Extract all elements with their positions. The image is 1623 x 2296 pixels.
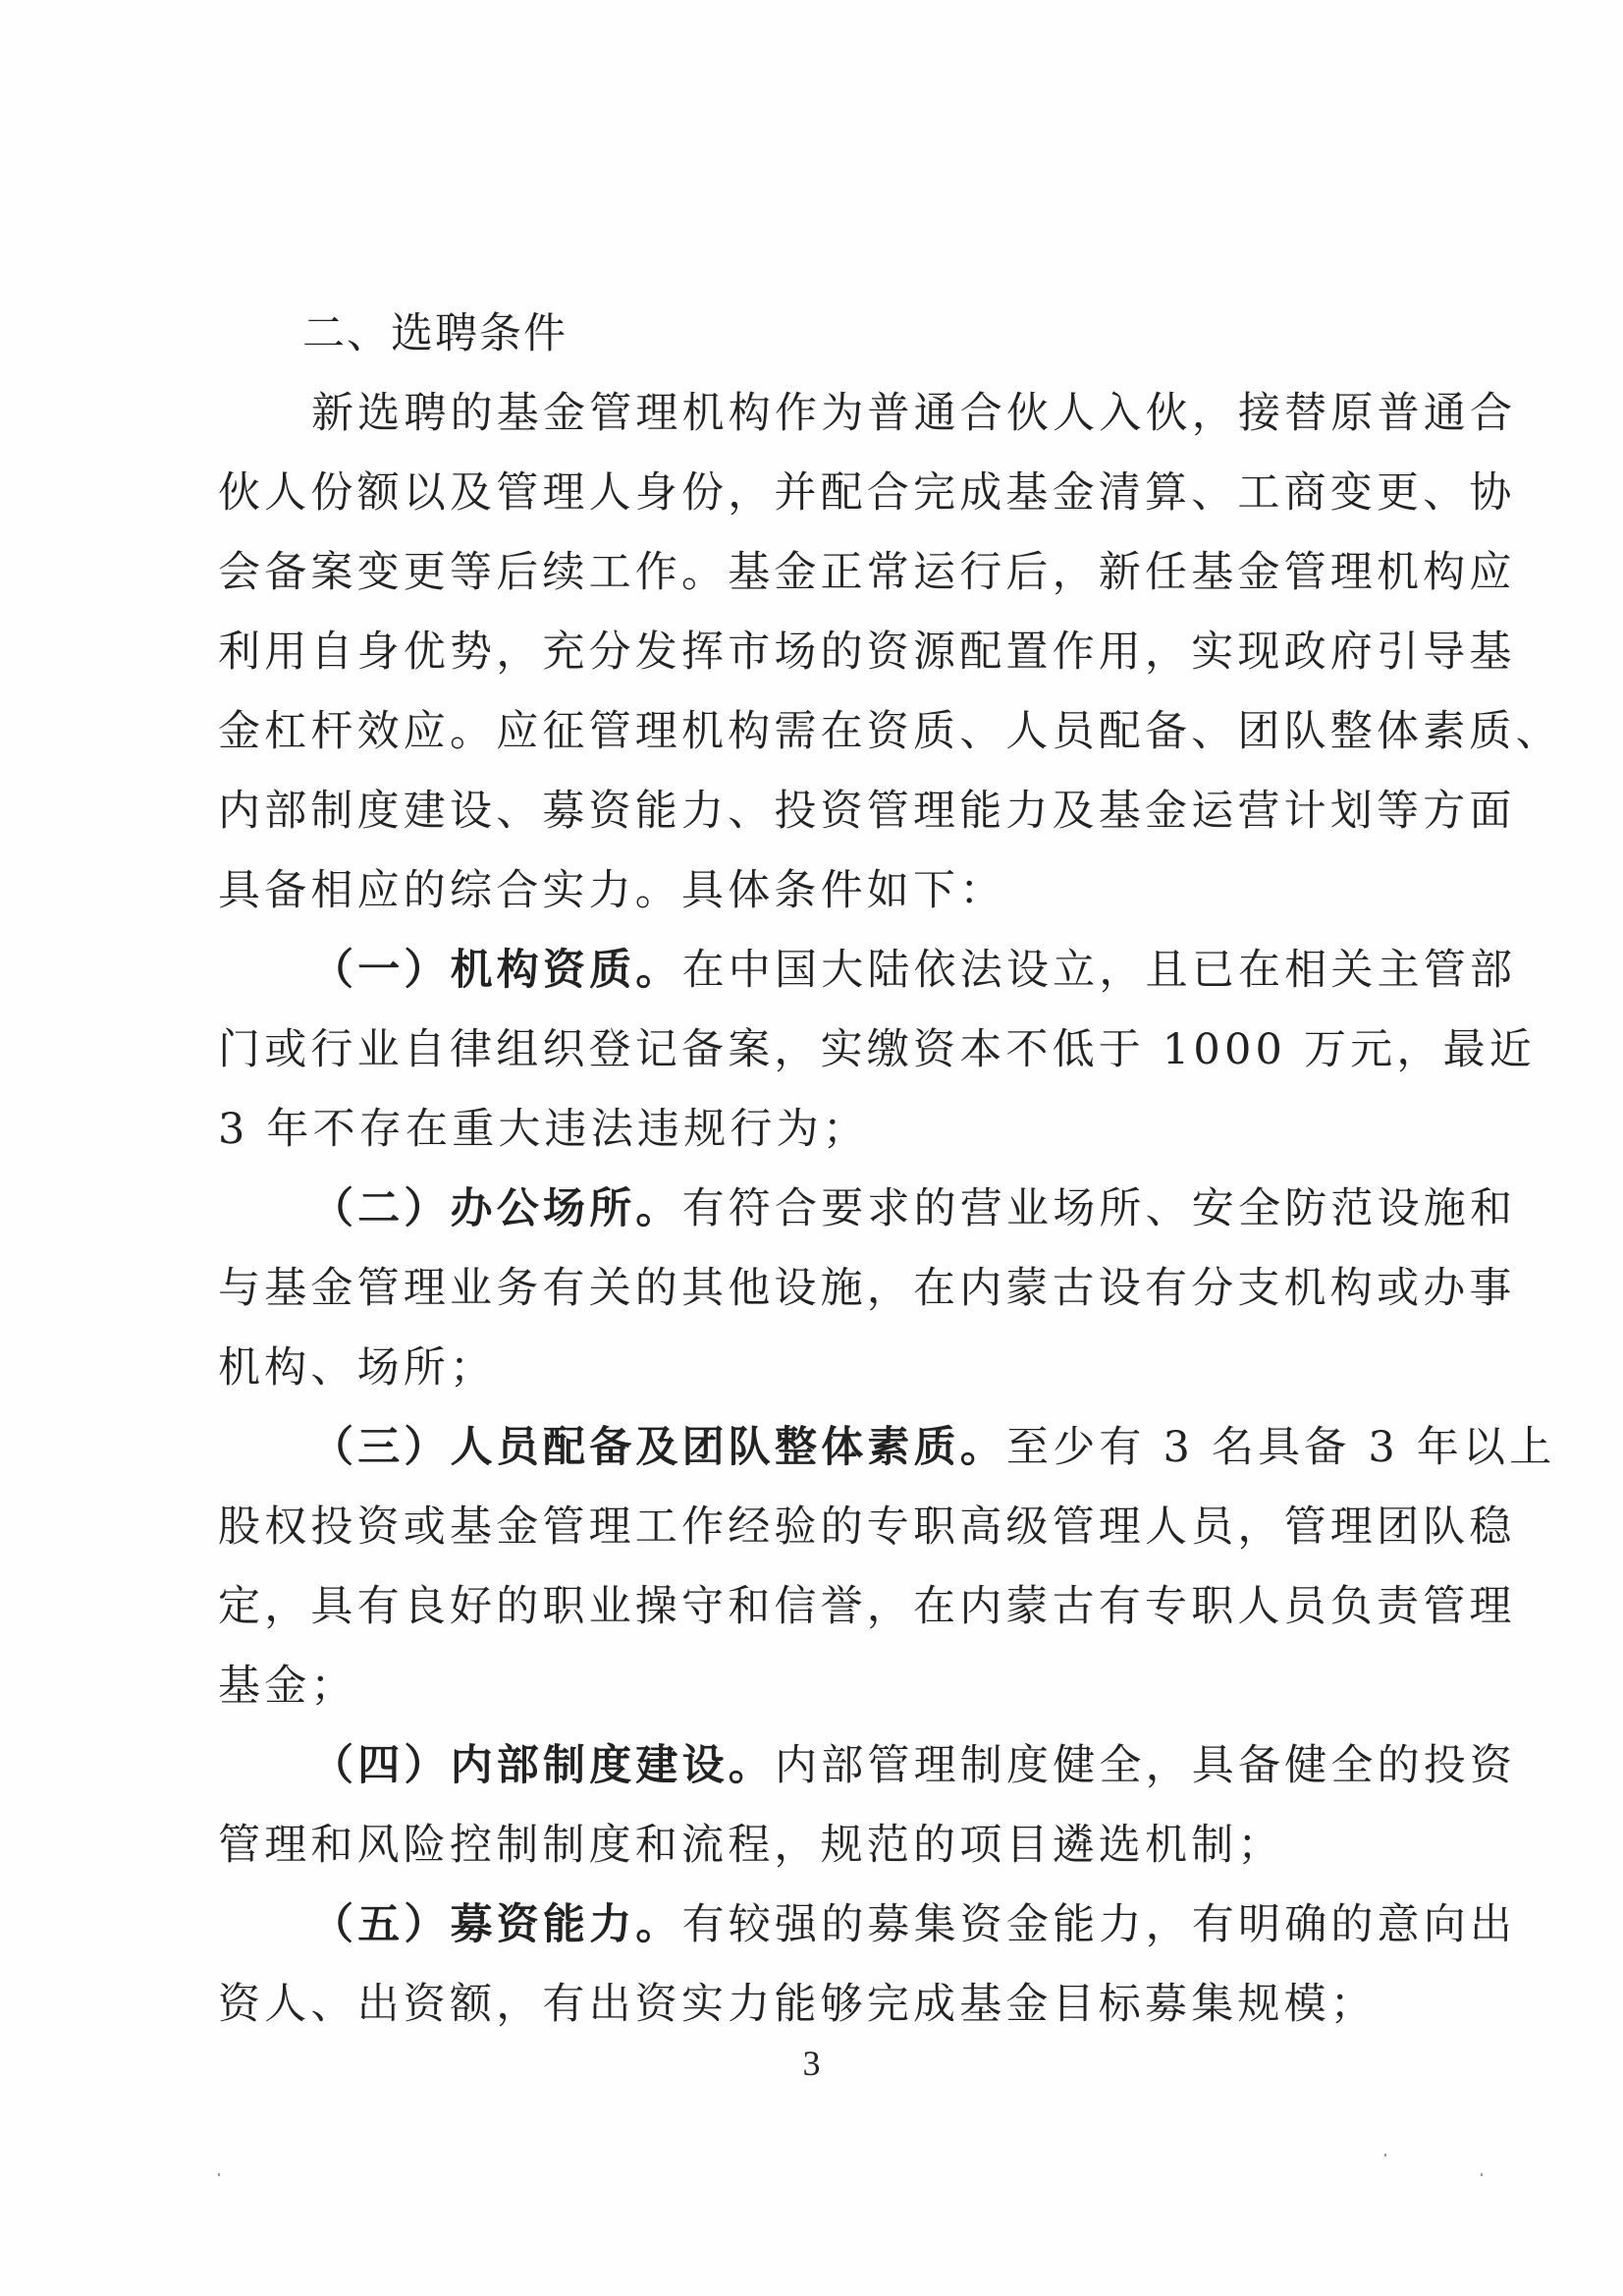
paragraph-line: 新选聘的基金管理机构作为普通合伙人入伙，接替原普通合 bbox=[218, 374, 1431, 454]
paragraph-line: 内部制度建设、募资能力、投资管理能力及基金运营计划等方面 bbox=[218, 772, 1431, 851]
item-text: 在中国大陆依法设立，且已在相关主管部 bbox=[682, 946, 1517, 995]
item-text: 有符合要求的营业场所、安全防范设施和 bbox=[682, 1184, 1517, 1233]
item-label: （一）机构资质。 bbox=[311, 946, 682, 995]
paragraph-line: （三）人员配备及团队整体素质。至少有 3 名具备 3 年以上 bbox=[218, 1408, 1431, 1488]
item-label: （四）内部制度建设。 bbox=[311, 1741, 775, 1790]
paragraph-line: 股权投资或基金管理工作经验的专职高级管理人员，管理团队稳 bbox=[218, 1488, 1431, 1567]
page-number: 3 bbox=[0, 2043, 1623, 2084]
paragraph-line: 机构、场所； bbox=[218, 1329, 1431, 1408]
paragraph-line: 利用自身优势，充分发挥市场的资源配置作用，实现政府引导基 bbox=[218, 613, 1431, 692]
item-text: 内部管理制度健全，具备健全的投资 bbox=[775, 1741, 1516, 1790]
condition-item-5: （五）募资能力。有较强的募集资金能力，有明确的意向出 资人、出资额，有出资实力能… bbox=[218, 1886, 1431, 2045]
paragraph-line: 资人、出资额，有出资实力能够完成基金目标募集规模； bbox=[218, 1965, 1431, 2045]
paragraph-line: 伙人份额以及管理人身份，并配合完成基金清算、工商变更、协 bbox=[218, 454, 1431, 533]
condition-item-3: （三）人员配备及团队整体素质。至少有 3 名具备 3 年以上 股权投资或基金管理… bbox=[218, 1408, 1431, 1726]
item-text: 至少有 3 名具备 3 年以上 bbox=[1006, 1423, 1555, 1472]
scan-speck bbox=[1481, 2173, 1483, 2176]
scan-speck bbox=[218, 2173, 220, 2176]
paragraph-line: 门或行业自律组织登记备案，实缴资本不低于 1000 万元，最近 bbox=[218, 1011, 1431, 1090]
paragraph-line: （四）内部制度建设。内部管理制度健全，具备健全的投资 bbox=[218, 1726, 1431, 1806]
item-label: （五）募资能力。 bbox=[311, 1900, 682, 1949]
item-text: 有较强的募集资金能力，有明确的意向出 bbox=[682, 1900, 1517, 1949]
paragraph-line: 管理和风险控制制度和流程，规范的项目遴选机制； bbox=[218, 1806, 1431, 1886]
condition-item-1: （一）机构资质。在中国大陆依法设立，且已在相关主管部 门或行业自律组织登记备案，… bbox=[218, 931, 1431, 1170]
item-label: （三）人员配备及团队整体素质。 bbox=[311, 1423, 1006, 1472]
paragraph-line: 定，具有良好的职业操守和信誉，在内蒙古有专职人员负责管理 bbox=[218, 1567, 1431, 1647]
paragraph-line: （五）募资能力。有较强的募集资金能力，有明确的意向出 bbox=[218, 1886, 1431, 1965]
paragraph-line: 基金； bbox=[218, 1647, 1431, 1726]
paragraph-line: 与基金管理业务有关的其他设施，在内蒙古设有分支机构或办事 bbox=[218, 1249, 1431, 1329]
page-body: 二、选聘条件 新选聘的基金管理机构作为普通合伙人入伙，接替原普通合 伙人份额以及… bbox=[218, 295, 1431, 2045]
document-page: 二、选聘条件 新选聘的基金管理机构作为普通合伙人入伙，接替原普通合 伙人份额以及… bbox=[0, 0, 1623, 2296]
intro-paragraph: 新选聘的基金管理机构作为普通合伙人入伙，接替原普通合 伙人份额以及管理人身份，并… bbox=[218, 374, 1431, 931]
paragraph-line: 金杠杆效应。应征管理机构需在资质、人员配备、团队整体素质、 bbox=[218, 692, 1431, 772]
paragraph-line: （二）办公场所。有符合要求的营业场所、安全防范设施和 bbox=[218, 1170, 1431, 1249]
section-heading: 二、选聘条件 bbox=[218, 295, 1431, 374]
condition-item-4: （四）内部制度建设。内部管理制度健全，具备健全的投资 管理和风险控制制度和流程，… bbox=[218, 1726, 1431, 1886]
paragraph-line: （一）机构资质。在中国大陆依法设立，且已在相关主管部 bbox=[218, 931, 1431, 1011]
condition-item-2: （二）办公场所。有符合要求的营业场所、安全防范设施和 与基金管理业务有关的其他设… bbox=[218, 1170, 1431, 1408]
scan-speck bbox=[1384, 2154, 1386, 2157]
paragraph-line: 会备案变更等后续工作。基金正常运行后，新任基金管理机构应 bbox=[218, 533, 1431, 613]
item-label: （二）办公场所。 bbox=[311, 1184, 682, 1233]
paragraph-line: 3 年不存在重大违法违规行为； bbox=[218, 1090, 1431, 1170]
paragraph-line: 具备相应的综合实力。具体条件如下： bbox=[218, 851, 1431, 931]
